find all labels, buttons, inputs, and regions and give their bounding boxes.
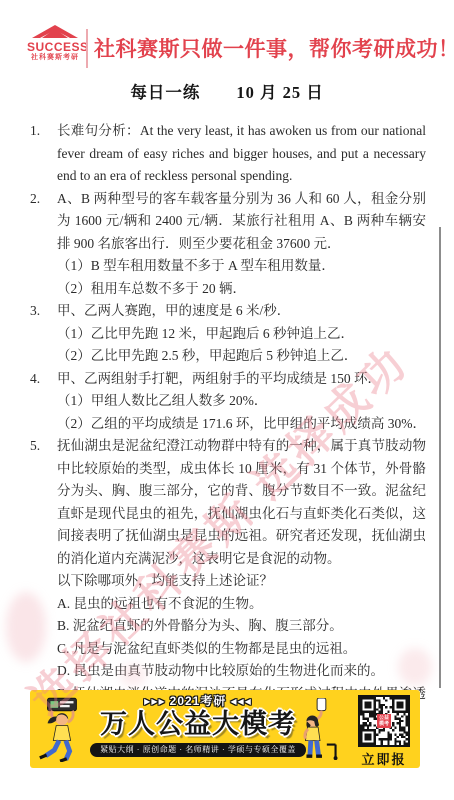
question-5-text: 抚仙湖虫是泥盆纪澄江动物群中特有的一种，属于真节肢动物中比较原始的类型，成虫体长… <box>57 435 426 570</box>
qr-code[interactable]: 公益 模考 <box>358 695 410 747</box>
banner-title: 万人公益大模考 <box>82 710 314 739</box>
question-4-condition-1: （1）甲组人数比乙组人数多 20%． <box>57 390 426 413</box>
qr-tag-line2: 模考 <box>379 721 389 727</box>
question-2-condition-1: （1）B 型车租用数量不多于 A 型车租用数量． <box>57 255 426 278</box>
question-3-number: 3. <box>30 300 57 368</box>
logo-brand-text: SUCCESS <box>27 41 83 53</box>
signup-cta[interactable]: 立即报名 <box>355 749 413 768</box>
qr-center-tag: 公益 模考 <box>377 714 391 728</box>
cartoon-figure-right <box>298 698 344 767</box>
jumping-person-illustration <box>36 696 86 762</box>
question-5-prompt: 以下除哪项外，均能支持上述论证？ <box>57 570 426 593</box>
question-1-text: 长难句分析：At the very least, it has awoken u… <box>57 120 426 188</box>
arrows-left-icon: ◀◀◀ <box>230 697 251 706</box>
header-divider <box>86 29 88 68</box>
question-3-text: 甲、乙两人赛跑，甲的速度是 6 米/秒． <box>57 300 426 323</box>
question-list: 1. 长难句分析：At the very least, it has awoke… <box>30 120 426 728</box>
success-logo: SUCCESS 社科赛斯考研 <box>27 25 83 62</box>
arrows-right-icon: ▶▶▶ <box>144 697 165 706</box>
question-5-option-a: A. 昆虫的远祖也有不食泥的生物。 <box>57 593 426 616</box>
page-edge-scan-line <box>439 227 441 688</box>
question-4-number: 4. <box>30 368 57 436</box>
question-3-condition-1: （1）乙比甲先跑 12 米，甲起跑后 6 秒钟追上乙． <box>57 323 426 346</box>
question-4: 4. 甲、乙两组射手打靶，两组射手的平均成绩是 150 环． （1）甲组人数比乙… <box>30 368 426 436</box>
question-5-option-b: B. 泥盆纪直虾的外骨骼分为头、胸、腹三部分。 <box>57 615 426 638</box>
question-5-option-c: C. 凡是与泥盆纪直虾类似的生物都是昆虫的远祖。 <box>57 638 426 661</box>
question-2-text: A、B 两种型号的客车载客量分别为 36 人和 60 人，租金分别为 1600 … <box>57 188 426 256</box>
question-1-number: 1. <box>30 120 57 188</box>
banner-center-block: ▶▶▶2021考研◀◀◀ 万人公益大模考 紧贴大纲 · 原创命题 · 名师精讲 … <box>82 693 314 757</box>
cartoon-figure-left <box>36 696 86 767</box>
question-5: 5. 抚仙湖虫是泥盆纪澄江动物群中特有的一种，属于真节肢动物中比较原始的类型，成… <box>30 435 426 728</box>
logo-sub-text: 社科赛斯考研 <box>27 53 83 62</box>
banner-year-text: 2021考研 <box>170 694 227 708</box>
question-2-number: 2. <box>30 188 57 301</box>
signup-block: 公益 模考 立即报名 <box>355 695 413 768</box>
subheader: 每日一练10 月 25 日 <box>0 79 454 103</box>
question-3-condition-2: （2）乙比甲先跑 2.5 秒，甲起跑后 5 秒钟追上乙． <box>57 345 426 368</box>
question-5-option-d: D. 昆虫是由真节肢动物中比较原始的生物进化而来的。 <box>57 660 426 683</box>
question-2-condition-2: （2）租用车总数不多于 20 辆． <box>57 278 426 301</box>
question-4-condition-2: （2）乙组的平均成绩是 171.6 环，比甲组的平均成绩高 30%． <box>57 413 426 436</box>
daily-practice-flyer: SUCCESS 社科赛斯考研 社科赛斯只做一件事，帮你考研成功！ 每日一练10 … <box>0 0 454 800</box>
banner-year-tag: ▶▶▶2021考研◀◀◀ <box>82 693 314 710</box>
roof-icon <box>32 25 78 40</box>
date-label: 10 月 25 日 <box>236 83 323 102</box>
question-1: 1. 长难句分析：At the very least, it has awoke… <box>30 120 426 188</box>
question-3: 3. 甲、乙两人赛跑，甲的速度是 6 米/秒． （1）乙比甲先跑 12 米，甲起… <box>30 300 426 368</box>
daily-practice-label: 每日一练 <box>130 83 200 102</box>
question-5-number: 5. <box>30 435 57 728</box>
question-4-text: 甲、乙两组射手打靶，两组射手的平均成绩是 150 环． <box>57 368 426 391</box>
person-with-phone-illustration <box>298 698 344 762</box>
question-2: 2. A、B 两种型号的客车载客量分别为 36 人和 60 人，租金分别为 16… <box>30 188 426 301</box>
banner-feature-pill: 紧贴大纲 · 原创命题 · 名师精讲 · 学硕与专硕全覆盖 <box>90 743 306 757</box>
header-slogan: 社科赛斯只做一件事，帮你考研成功！ <box>94 34 454 66</box>
mock-exam-ad-banner[interactable]: ▶▶▶2021考研◀◀◀ 万人公益大模考 紧贴大纲 · 原创命题 · 名师精讲 … <box>30 690 420 768</box>
